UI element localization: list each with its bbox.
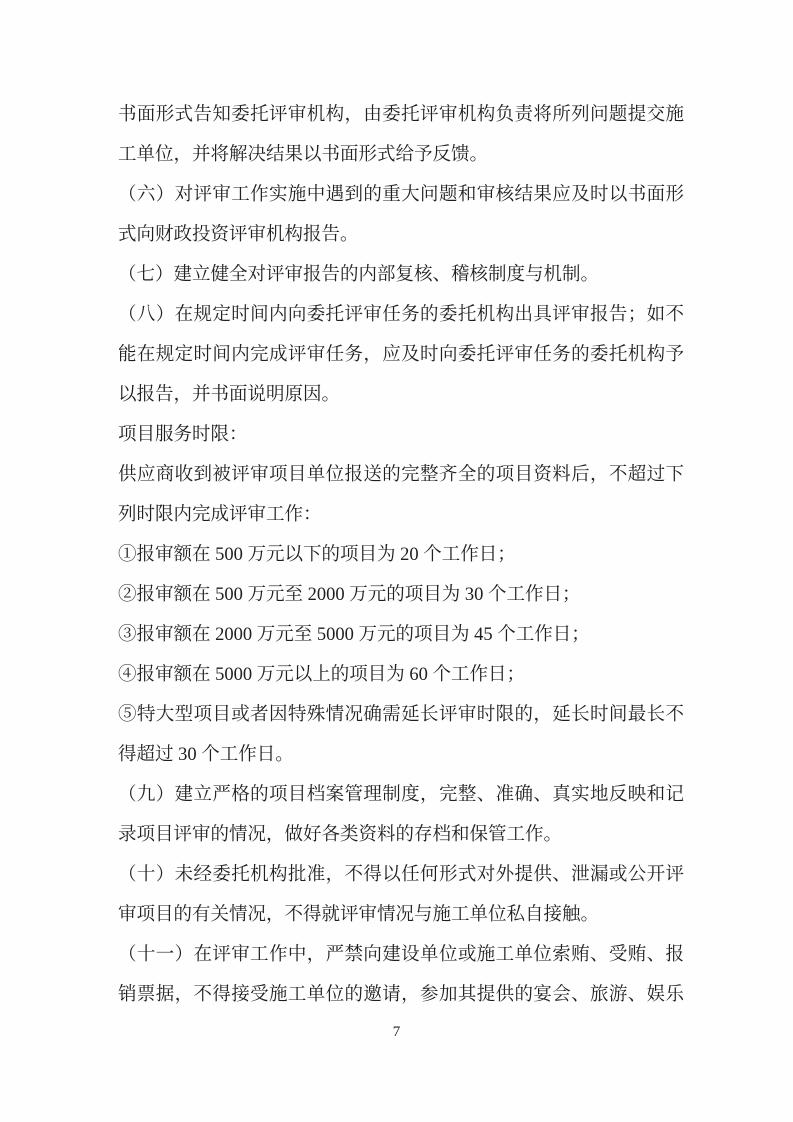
text-line: 书面形式告知委托评审机构，由委托评审机构负责将所列问题提交施 xyxy=(118,95,684,135)
text-line: 以报告，并书面说明原因。 xyxy=(118,375,684,415)
text-line: 供应商收到被评审项目单位报送的完整齐全的项目资料后，不超过下 xyxy=(118,455,684,495)
text-line: 工单位，并将解决结果以书面形式给予反馈。 xyxy=(118,135,684,175)
text-line: ③报审额在 2000 万元至 5000 万元的项目为 45 个工作日； xyxy=(118,615,684,655)
text-line: （六）对评审工作实施中遇到的重大问题和审核结果应及时以书面形 xyxy=(118,175,684,215)
page-number: 7 xyxy=(0,1022,793,1042)
text-line: 销票据，不得接受施工单位的邀请，参加其提供的宴会、旅游、娱乐 xyxy=(118,975,684,1015)
text-line: 录项目评审的情况，做好各类资料的存档和保管工作。 xyxy=(118,815,684,855)
text-line: ②报审额在 500 万元至 2000 万元的项目为 30 个工作日； xyxy=(118,575,684,615)
text-line: 项目服务时限： xyxy=(118,415,684,455)
text-line: ①报审额在 500 万元以下的项目为 20 个工作日； xyxy=(118,535,684,575)
text-line: （十）未经委托机构批准，不得以任何形式对外提供、泄漏或公开评 xyxy=(118,855,684,895)
text-line: 得超过 30 个工作日。 xyxy=(118,735,684,775)
text-line: 审项目的有关情况，不得就评审情况与施工单位私自接触。 xyxy=(118,895,684,935)
text-line: ⑤特大型项目或者因特殊情况确需延长评审时限的，延长时间最长不 xyxy=(118,695,684,735)
document-page: 书面形式告知委托评审机构，由委托评审机构负责将所列问题提交施 工单位，并将解决结… xyxy=(0,0,793,1122)
text-line: （十一）在评审工作中，严禁向建设单位或施工单位索贿、受贿、报 xyxy=(118,935,684,975)
text-line: （七）建立健全对评审报告的内部复核、稽核制度与机制。 xyxy=(118,255,684,295)
text-line: ④报审额在 5000 万元以上的项目为 60 个工作日； xyxy=(118,655,684,695)
text-line: 式向财政投资评审机构报告。 xyxy=(118,215,684,255)
text-line: （八）在规定时间内向委托评审任务的委托机构出具评审报告；如不 xyxy=(118,295,684,335)
text-line: 列时限内完成评审工作： xyxy=(118,495,684,535)
document-body-text: 书面形式告知委托评审机构，由委托评审机构负责将所列问题提交施 工单位，并将解决结… xyxy=(118,95,684,1015)
text-line: （九）建立严格的项目档案管理制度，完整、准确、真实地反映和记 xyxy=(118,775,684,815)
text-line: 能在规定时间内完成评审任务，应及时向委托评审任务的委托机构予 xyxy=(118,335,684,375)
